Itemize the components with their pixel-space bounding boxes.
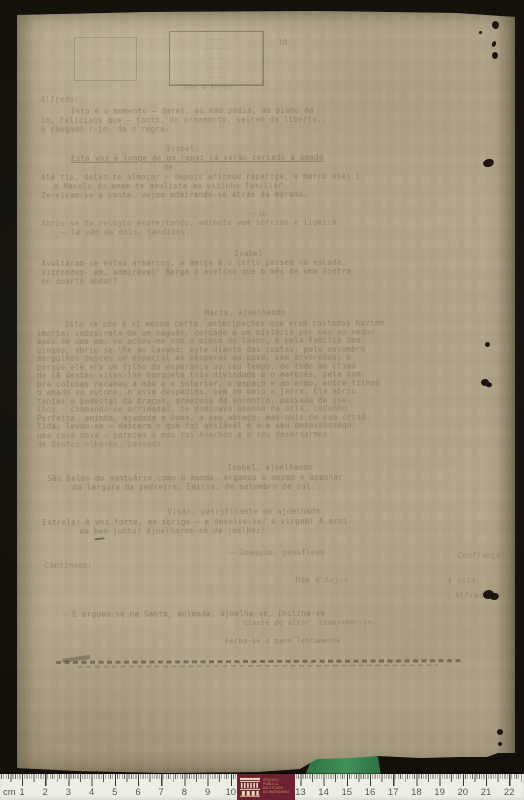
typewritten-line: no quarto andar? — [41, 276, 176, 286]
typewritten-line: Maria, ajoelhando — [205, 308, 286, 317]
ruler-number: 4 — [89, 787, 94, 798]
ruler-number: 16 — [365, 787, 376, 798]
ruler-number: 9 — [205, 787, 210, 798]
typewritten-line: Isabel, ajoelhando — [227, 463, 313, 472]
ink-blot — [481, 379, 489, 386]
typewritten-line: Esta voz é longe de um rapaz cá verão ce… — [71, 152, 403, 162]
typewritten-line: diante do altar, comovendo-se. — [243, 618, 383, 628]
typewritten-line: — Joaquim, genuflexo. — [230, 548, 330, 557]
typewritten-line: Visão, petrificante ao ajoelhado — [168, 507, 373, 517]
typewritten-line: — d'esta: — [438, 576, 481, 585]
archive-logo-text: ARQUIVOPÚBLICODO ESTADODO MARANHÃO — [263, 779, 289, 794]
ruler-number: 6 — [135, 787, 140, 798]
paper-sheet: ·—·—·—·—·—·—·—·—·—··———— ·—·—·—··—· - 10… — [17, 11, 515, 773]
ink-blot — [498, 742, 502, 746]
ruler-number: 1 — [19, 787, 24, 798]
ink-blot — [491, 761, 499, 768]
ink-blot — [479, 31, 482, 34]
typewritten-line: im, Feliciano que — tanto, do ornamento,… — [41, 114, 478, 125]
typewritten-line: —rio — [248, 209, 267, 218]
ruler-number: 22 — [504, 787, 515, 798]
ruler-number: 19 — [434, 787, 445, 798]
ruler-number: 10 — [226, 787, 237, 798]
ink-blot — [485, 342, 490, 347]
typewritten-line: Isabel: — [166, 144, 199, 153]
typewritten-line: Vizcondes- em, admirável! Berga o avelin… — [41, 266, 488, 277]
typewritten-line: da largura da pedreira, Emilia, de setem… — [72, 481, 382, 491]
measurement-ruler: cm 1234567891013141516171819202122 — [0, 774, 524, 800]
typewritten-line: Fecha-se o pano lentamente. — [225, 637, 346, 647]
scan-root: ·—·—·—·—·—·—·—·—·—··———— ·—·—·—··—· - 10… — [0, 0, 524, 800]
ink-blot — [492, 52, 498, 59]
typewritten-line: Mãe d'Anjos — [296, 576, 348, 585]
ruler-number: 5 — [112, 787, 117, 798]
logo-text-line: DO MARANHÃO — [263, 791, 289, 795]
typewritten-line: Confiança! — [458, 551, 506, 560]
ruler-number: 7 — [159, 787, 164, 798]
ruler-number: 14 — [318, 787, 329, 798]
ruler-number: 15 — [342, 787, 353, 798]
typewritten-line: de tantos olhares, passada. — [37, 439, 277, 449]
typewritten-line: - 10 - — [268, 38, 297, 47]
pencil-mark — [95, 537, 105, 540]
typewritten-line: Continuou: — [45, 561, 93, 570]
ruler-number: 20 — [458, 787, 469, 798]
separator-dashes — [56, 659, 463, 663]
typewritten-line: — E ergueu-se na Santa, animada, ajoelha… — [63, 608, 485, 619]
archive-logo: ARQUIVOPÚBLICODO ESTADODO MARANHÃO — [237, 774, 295, 800]
ruler-number: 8 — [182, 787, 187, 798]
typewritten-line: me: — [164, 162, 178, 171]
ruler-number: 21 — [481, 787, 492, 798]
typewritten-line: Ze—viram-se a cante, vejam admirando-se … — [41, 189, 473, 200]
typewritten-line: Alfredo: — [41, 95, 79, 104]
ruler-number: 18 — [411, 787, 422, 798]
ruler-number: 2 — [43, 787, 48, 798]
ruler-number: 17 — [388, 787, 399, 798]
typewritten-line: da bem junto! Ajoelharem-se de joelhos! — [80, 526, 365, 536]
archive-building-icon — [239, 777, 261, 797]
typewritten-line: — lá vão os dois, tendidos. — [61, 227, 366, 237]
ruler-number: 13 — [295, 787, 306, 798]
ruler-number: 3 — [66, 787, 71, 798]
ruler-unit-label: cm — [3, 787, 16, 798]
separator-dashes — [78, 664, 438, 667]
typewritten-line: Mãe d'Anjos — [184, 83, 233, 92]
typewritten-line: Isabel — [234, 249, 263, 258]
typewritten-text-layer: - 10 -Mãe d'AnjosAlfredo:Isto é o moment… — [15, 10, 516, 774]
ink-blot — [497, 729, 503, 735]
typewritten-line: o chegado r-io- da d'regra. — [41, 124, 251, 134]
